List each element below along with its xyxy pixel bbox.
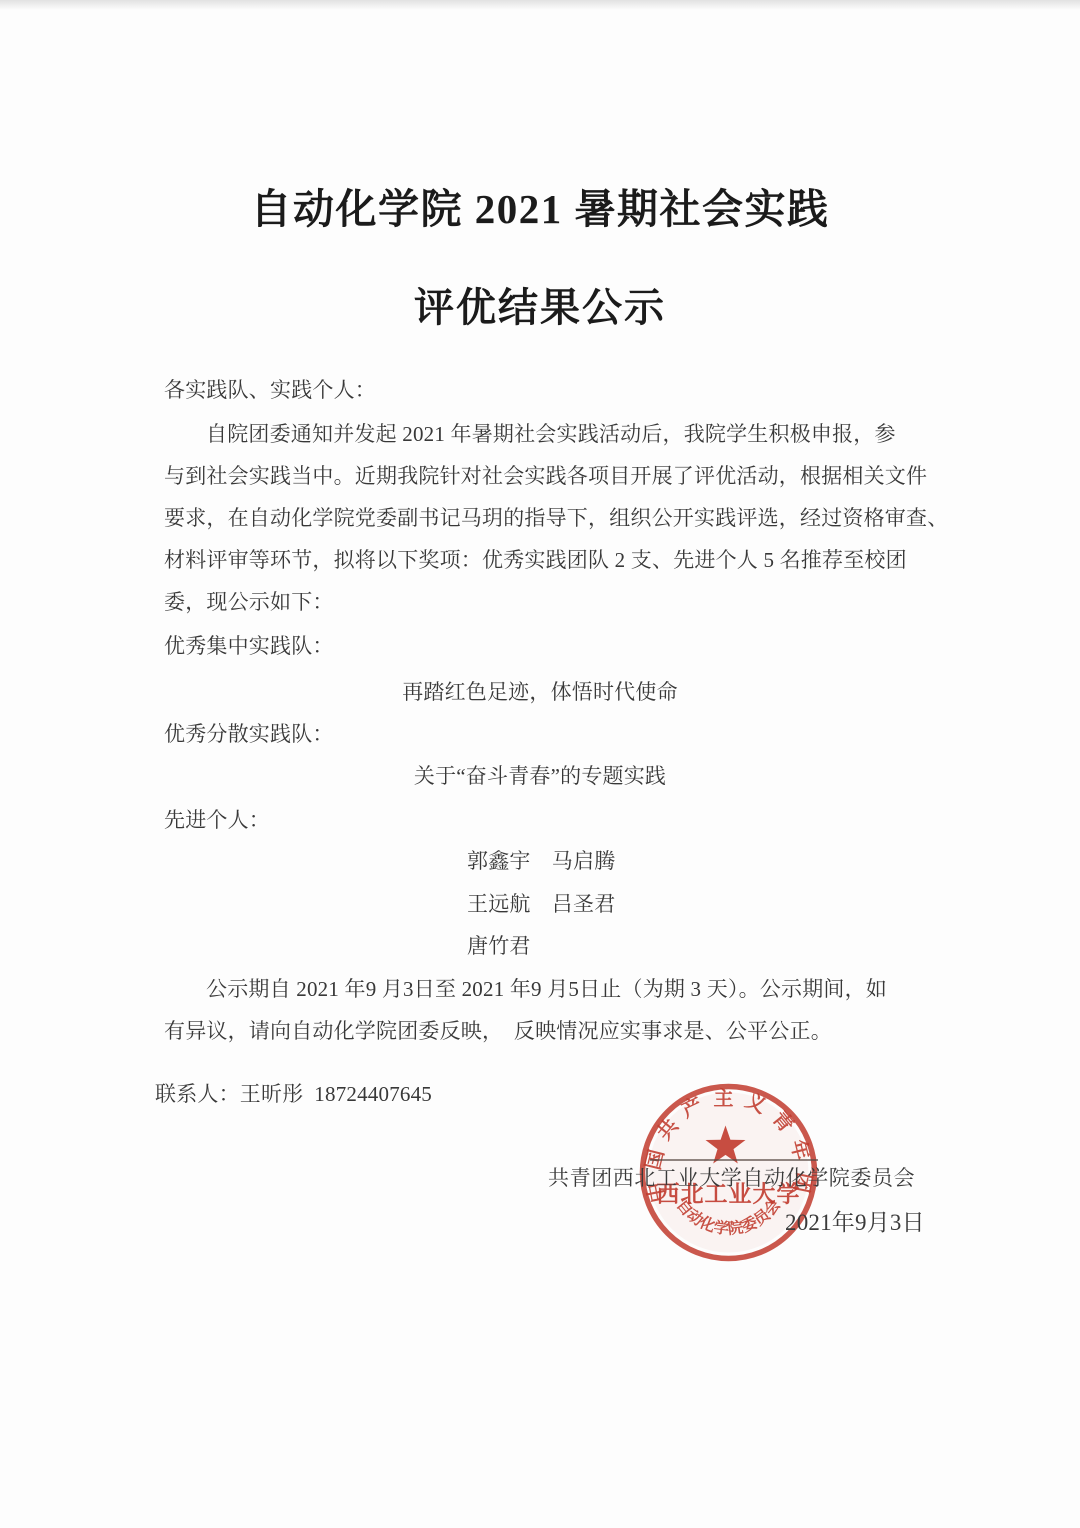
individuals-names-row-3: 唐竹君 (467, 930, 531, 960)
scan-artifact-line (650, 1159, 818, 1161)
dispersed-team-label: 优秀分散实践队： (164, 718, 334, 748)
individuals-names-row-1: 郭鑫宇 马启腾 (467, 845, 615, 875)
page-title-line-2: 评优结果公示 (0, 276, 1080, 333)
signature-organization-line: 共青团西北工业大学自动化学院委员会 (548, 1162, 915, 1192)
individuals-label: 先进个人： (164, 804, 270, 834)
closing-paragraph-line1: 公示期自 2021 年9 月3日至 2021 年9 月5日止（为期 3 天）。公… (206, 973, 887, 1003)
paragraph1-line4: 材料评审等环节，拟将以下奖项：优秀实践团队 2 支、先进个人 5 名推荐至校团 (164, 544, 907, 574)
closing-paragraph-line2: 有异议，请向自动化学院团委反映， 反映情况应实事求是、公平公正。 (164, 1015, 832, 1045)
announcement-document-page: 自动化学院 2021 暑期社会实践 评优结果公示 各实践队、实践个人： 自院团委… (0, 0, 1080, 1528)
signature-date: 2021年9月3日 (785, 1204, 925, 1237)
concentrated-team-label: 优秀集中实践队： (164, 630, 334, 660)
concentrated-team-name: 再踏红色足迹，体悟时代使命 (0, 676, 1080, 706)
page-top-shadow (0, 0, 1080, 10)
paragraph1-line2: 与到社会实践当中。近期我院针对社会实践各项目开展了评优活动，根据相关文件 (164, 460, 927, 490)
page-title-line-1: 自动化学院 2021 暑期社会实践 (0, 176, 1080, 235)
paragraph1-line1: 自院团委通知并发起 2021 年暑期社会实践活动后，我院学生积极申报，参 (206, 418, 896, 448)
individuals-names-row-2: 王远航 吕圣君 (467, 888, 615, 918)
dispersed-team-name: 关于“奋斗青春”的专题实践 (0, 760, 1080, 790)
contact-person-line: 联系人：王昕彤 18724407645 (155, 1078, 432, 1108)
paragraph1-line3: 要求，在自动化学院党委副书记马玥的指导下，组织公开实践评选，经过资格审查、 (164, 502, 948, 532)
paragraph1-line5: 委，现公示如下： (164, 586, 334, 616)
salutation-line: 各实践队、实践个人： (164, 374, 376, 404)
